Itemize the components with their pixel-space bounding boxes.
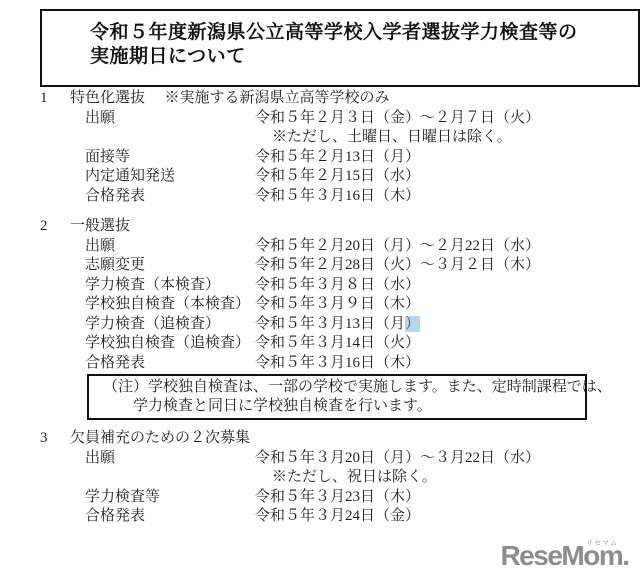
section-spacer xyxy=(40,420,620,429)
section-number: 3 xyxy=(40,429,70,449)
section-number: 2 xyxy=(40,217,70,237)
row-value-text: 令和５年３月13日（月 xyxy=(255,316,405,332)
row-note: ※ただし、祝日は除く。 xyxy=(40,468,620,488)
schedule-row: 出願 令和５年２月20日（月）～２月22日（水） xyxy=(40,237,620,257)
section-ippan-senbatsu: 2 一般選抜 出願 令和５年２月20日（月）～２月22日（水） 志願変更 令和５… xyxy=(40,217,620,420)
schedule-row: 面接等 令和５年２月13日（月） xyxy=(40,148,620,168)
schedule-row: 合格発表 令和５年３月16日（木） xyxy=(40,354,620,374)
section-niji-boshu: 3 欠員補充のための２次募集 出願 令和５年３月20日（月）～３月22日（水） … xyxy=(40,429,620,527)
schedule-row: 学校独自検査（追検査） 令和５年３月14日（火） xyxy=(40,334,620,354)
section-heading: 1 特色化選抜 ※実施する新潟県立高等学校のみ xyxy=(40,89,620,109)
row-label: 学力検査（本検査） xyxy=(85,276,255,296)
row-label: 出願 xyxy=(85,449,255,469)
row-value: 令和５年３月９日（木） xyxy=(255,295,420,315)
document-title-line1: 令和５年度新潟県公立高等学校入学者選抜学力検査等の xyxy=(90,21,638,45)
document-page: 令和５年度新潟県公立高等学校入学者選抜学力検査等の 実施期日について 1 特色化… xyxy=(0,0,640,581)
row-label: 内定通知発送 xyxy=(85,167,255,187)
resemom-logo-ruby: リセマム xyxy=(586,538,618,548)
row-value: 令和５年３月20日（月）～３月22日（水） xyxy=(255,449,540,469)
schedule-row: 学力検査（本検査） 令和５年３月８日（水） xyxy=(40,276,620,296)
remark-line2: 学力検査と同日に学校独自検査を行います。 xyxy=(103,397,585,416)
schedule-row: 出願 令和５年３月20日（月）～３月22日（水） xyxy=(40,449,620,469)
section-spacer xyxy=(40,206,620,217)
row-value: 令和５年２月15日（水） xyxy=(255,167,420,187)
schedule-row: 学力検査（追検査） 令和５年３月13日（月） xyxy=(40,315,620,335)
row-label: 学力検査等 xyxy=(85,488,255,508)
document-body: 1 特色化選抜 ※実施する新潟県立高等学校のみ 出願 令和５年２月３日（金）～２… xyxy=(40,89,620,527)
schedule-row: 学力検査等 令和５年３月23日（木） xyxy=(40,488,620,508)
schedule-row: 学校独自検査（本検査） 令和５年３月９日（木） xyxy=(40,295,620,315)
section-heading: 2 一般選抜 xyxy=(40,217,620,237)
resemom-logo-period: . xyxy=(622,540,630,571)
section-heading: 3 欠員補充のための２次募集 xyxy=(40,429,620,449)
row-value: 令和５年３月16日（木） xyxy=(255,354,420,374)
row-label: 学校独自検査（追検査） xyxy=(85,334,255,354)
row-label: 出願 xyxy=(85,109,255,129)
row-value: 令和５年３月23日（木） xyxy=(255,488,420,508)
row-label: 合格発表 xyxy=(85,187,255,207)
row-value: 令和５年２月13日（月） xyxy=(255,148,420,168)
row-note: ※ただし、土曜日、日曜日は除く。 xyxy=(40,128,620,148)
remark-line1: （注）学校独自検査は、一部の学校で実施します。また、定時制課程では、 xyxy=(103,378,585,397)
row-value: 令和５年３月24日（金） xyxy=(255,507,420,527)
row-value: 令和５年２月28日（火）～３月２日（木） xyxy=(255,256,540,276)
section-inline-note: ※実施する新潟県立高等学校のみ xyxy=(165,89,390,109)
schedule-row: 志願変更 令和５年２月28日（火）～３月２日（木） xyxy=(40,256,620,276)
row-value: 令和５年３月８日（水） xyxy=(255,276,420,296)
row-label: 志願変更 xyxy=(85,256,255,276)
row-label: 面接等 xyxy=(85,148,255,168)
row-value: 令和５年３月16日（木） xyxy=(255,187,420,207)
row-label: 合格発表 xyxy=(85,507,255,527)
document-title-line2: 実施期日について xyxy=(90,45,638,69)
schedule-row: 合格発表 令和５年３月24日（金） xyxy=(40,507,620,527)
title-box: 令和５年度新潟県公立高等学校入学者選抜学力検査等の 実施期日について xyxy=(40,9,640,87)
schedule-row: 合格発表 令和５年３月16日（木） xyxy=(40,187,620,207)
row-value: 令和５年３月13日（月） xyxy=(255,315,420,335)
resemom-logo: リセマム ReseMom. xyxy=(500,539,630,573)
section-title: 一般選抜 xyxy=(70,217,130,237)
row-value: 令和５年３月14日（火） xyxy=(255,334,420,354)
row-value: 令和５年２月20日（月）～２月22日（水） xyxy=(255,237,540,257)
remark-box: （注）学校独自検査は、一部の学校で実施します。また、定時制課程では、 学力検査と… xyxy=(87,374,587,420)
row-value: 令和５年２月３日（金）～２月７日（火） xyxy=(255,109,540,129)
schedule-row: 出願 令和５年２月３日（金）～２月７日（火） xyxy=(40,109,620,129)
row-label: 学校独自検査（本検査） xyxy=(85,295,255,315)
row-label: 出願 xyxy=(85,237,255,257)
section-title: 欠員補充のための２次募集 xyxy=(70,429,250,449)
section-title: 特色化選抜 xyxy=(70,89,145,109)
text-selection-highlight: ） xyxy=(405,316,420,332)
section-number: 1 xyxy=(40,89,70,109)
row-label: 学力検査（追検査） xyxy=(85,315,255,335)
schedule-row: 内定通知発送 令和５年２月15日（水） xyxy=(40,167,620,187)
row-label: 合格発表 xyxy=(85,354,255,374)
section-tokushoku-senbatsu: 1 特色化選抜 ※実施する新潟県立高等学校のみ 出願 令和５年２月３日（金）～２… xyxy=(40,89,620,206)
